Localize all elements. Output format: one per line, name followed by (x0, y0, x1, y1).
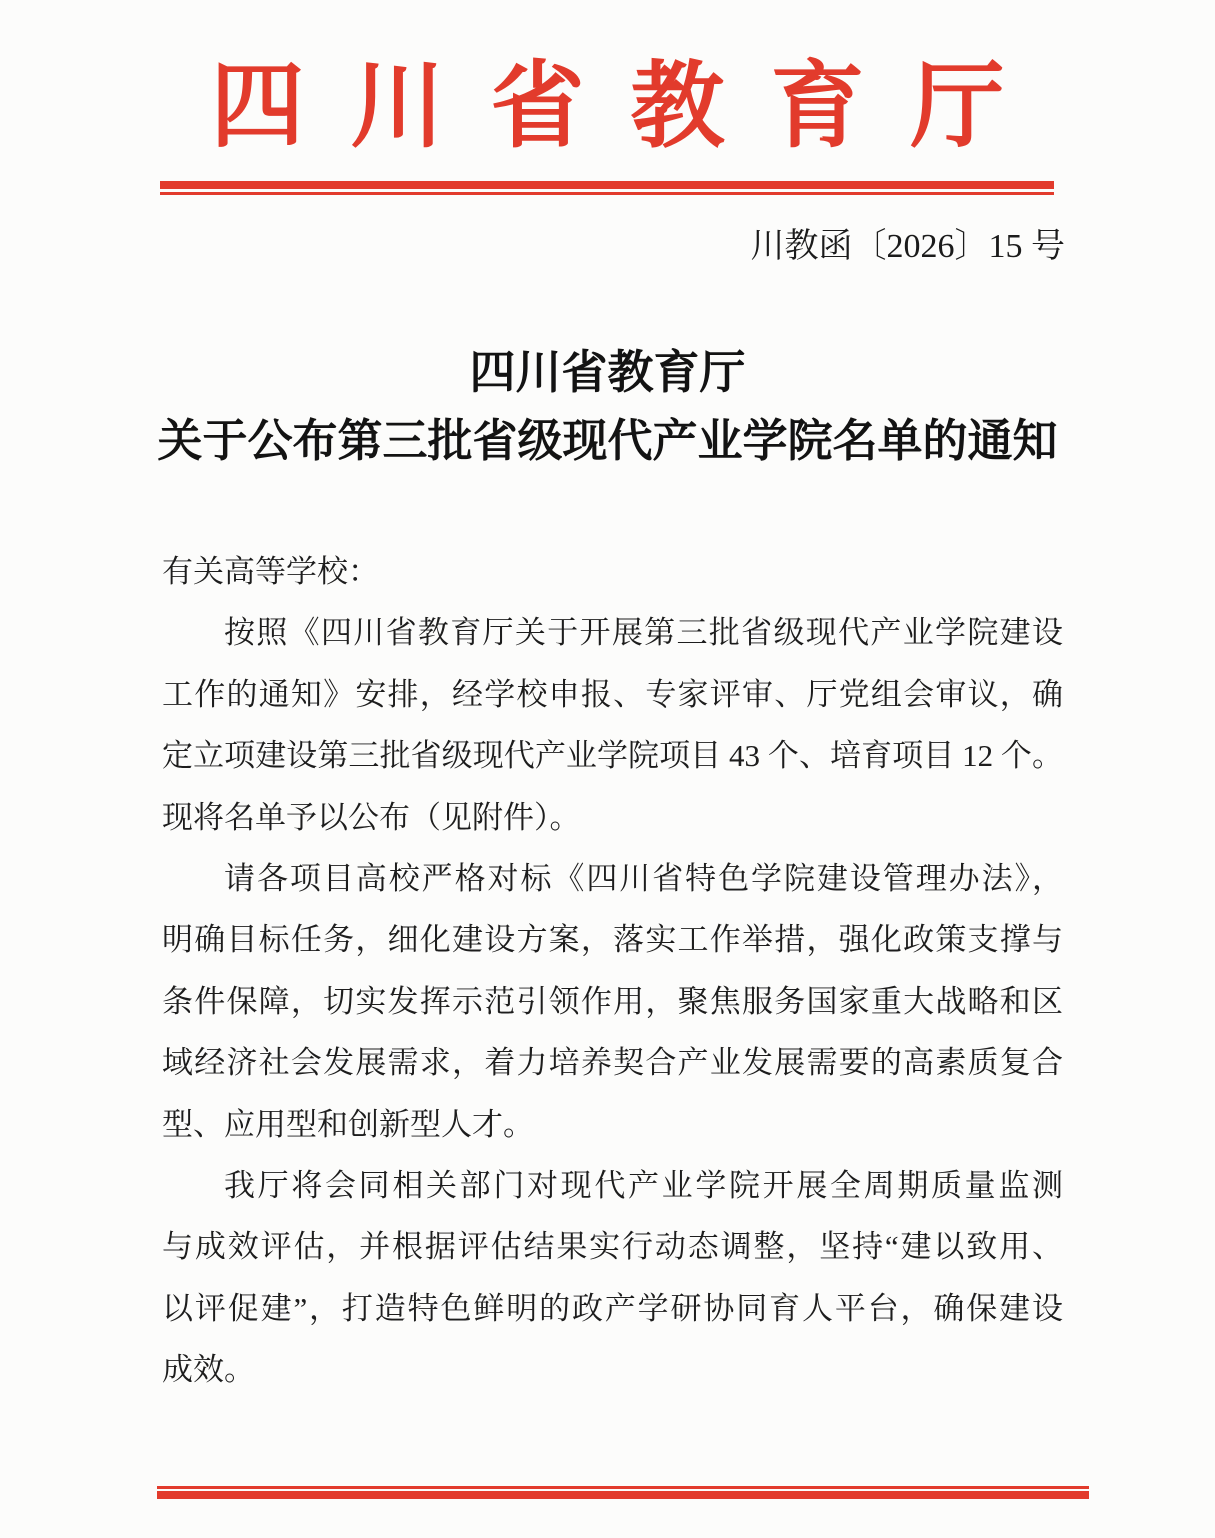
body-line: 以评促建”，打造特色鲜明的政产学研协同育人平台，确保建设 (162, 1278, 1063, 1339)
document-page: 四川省教育厅 川教函〔2026〕15 号 四川省教育厅 关于公布第三批省级现代产… (0, 0, 1215, 1538)
letterhead-agency-name: 四川省教育厅 (0, 58, 1215, 157)
document-title-line2: 关于公布第三批省级现代产业学院名单的通知 (60, 406, 1155, 476)
body-line-salutation: 有关高等学校： (162, 541, 1063, 602)
document-title-line1: 四川省教育厅 (60, 340, 1155, 406)
footer-double-rule (157, 1486, 1089, 1499)
rule-thick-bar (157, 1491, 1089, 1499)
rule-thick-bar (160, 181, 1054, 189)
body-line: 我厅将会同相关部门对现代产业学院开展全周期质量监测 (162, 1155, 1063, 1216)
document-title: 四川省教育厅 关于公布第三批省级现代产业学院名单的通知 (60, 340, 1155, 476)
body-line: 型、应用型和创新型人才。 (162, 1094, 1063, 1155)
document-number: 川教函〔2026〕15 号 (751, 226, 1066, 268)
body-line: 工作的通知》安排，经学校申报、专家评审、厅党组会审议，确 (162, 664, 1063, 725)
body-line: 成效。 (162, 1339, 1063, 1400)
document-body: 有关高等学校： 按照《四川省教育厅关于开展第三批省级现代产业学院建设 工作的通知… (162, 541, 1063, 1401)
body-line: 现将名单予以公布（见附件）。 (162, 787, 1063, 848)
rule-thin-bar (160, 192, 1054, 195)
body-line: 条件保障，切实发挥示范引领作用，聚焦服务国家重大战略和区 (162, 971, 1063, 1032)
body-line: 定立项建设第三批省级现代产业学院项目 43 个、培育项目 12 个。 (162, 725, 1063, 786)
body-line: 明确目标任务，细化建设方案，落实工作举措，强化政策支撑与 (162, 909, 1063, 970)
body-line: 请各项目高校严格对标《四川省特色学院建设管理办法》， (162, 848, 1063, 909)
body-line: 与成效评估，并根据评估结果实行动态调整，坚持“建以致用、 (162, 1216, 1063, 1277)
letterhead-double-rule (160, 181, 1054, 195)
body-line: 域经济社会发展需求，着力培养契合产业发展需要的高素质复合 (162, 1032, 1063, 1093)
body-line: 按照《四川省教育厅关于开展第三批省级现代产业学院建设 (162, 602, 1063, 663)
rule-thin-bar (157, 1486, 1089, 1489)
